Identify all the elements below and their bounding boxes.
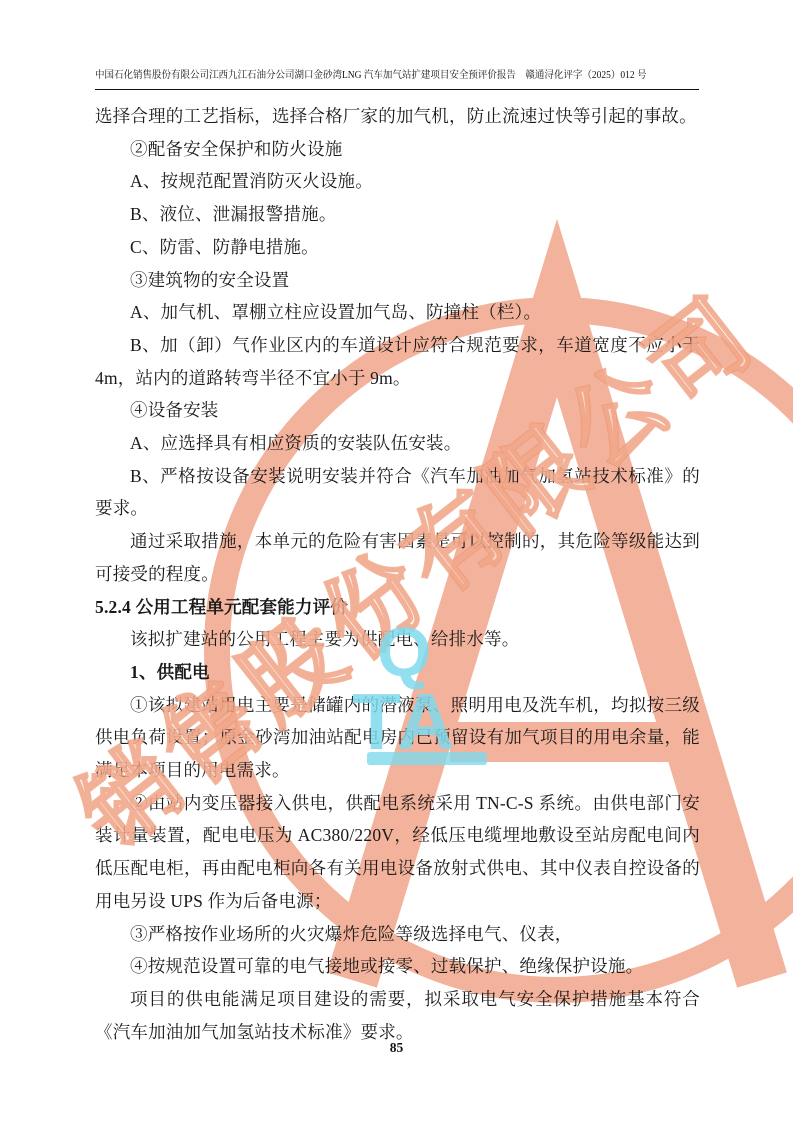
header-divider (95, 89, 699, 90)
list-item: B、严格按设备安装说明安装并符合《汽车加油加气加氢站技术标准》的要求。 (95, 460, 700, 525)
list-item: ③建筑物的安全设置 (95, 264, 700, 297)
page-header: 中国石化销售股份有限公司江西九江石油分公司湖口金砂湾LNG 汽车加气站扩建项目安… (95, 66, 670, 81)
paragraph: 通过采取措施，本单元的危险有害因素是可以控制的，其危险等级能达到可接受的程度。 (95, 525, 700, 590)
page-number: 85 (0, 1040, 793, 1056)
list-item: ②配备安全保护和防火设施 (95, 133, 700, 166)
list-item: ②由站内变压器接入供电，供配电系统采用 TN-C-S 系统。由供电部门安装计量装… (95, 787, 700, 918)
list-item: ④按规范设置可靠的电气接地或接零、过载保护、绝缘保护设施。 (95, 950, 700, 983)
document-page: 中国石化销售股份有限公司江西九江石油分公司湖口金砂湾LNG 汽车加气站扩建项目安… (0, 0, 793, 1122)
list-item: B、加（卸）气作业区内的车道设计应符合规范要求，车道宽度不应小于 4m，站内的道… (95, 329, 700, 394)
paragraph: 项目的供电能满足项目建设的需要，拟采取电气安全保护措施基本符合《汽车加油加气加氢… (95, 983, 700, 1048)
list-item: A、按规范配置消防灭火设施。 (95, 165, 700, 198)
list-item: ③严格按作业场所的火灾爆炸危险等级选择电气、仪表， (95, 918, 700, 951)
list-item: A、加气机、罩棚立柱应设置加气岛、防撞柱（栏）。 (95, 296, 700, 329)
paragraph: 该拟扩建站的公用工程主要为供配电、给排水等。 (95, 623, 700, 656)
list-item: C、防雷、防静电措施。 (95, 231, 700, 264)
list-item: A、应选择具有相应资质的安装队伍安装。 (95, 427, 700, 460)
list-item: B、液位、泄漏报警措施。 (95, 198, 700, 231)
paragraph: 选择合理的工艺指标，选择合格厂家的加气机，防止流速过快等引起的事故。 (95, 100, 700, 133)
list-item: ①该拟建站用电主要是储罐内的潜液泵、照明用电及洗车机，均拟按三级供电负荷设置；原… (95, 689, 700, 787)
section-heading: 5.2.4 公用工程单元配套能力评价 (95, 591, 700, 624)
document-body: 选择合理的工艺指标，选择合格厂家的加气机，防止流速过快等引起的事故。 ②配备安全… (95, 100, 700, 1048)
list-item: ④设备安装 (95, 394, 700, 427)
subsection-heading: 1、供配电 (95, 656, 700, 689)
